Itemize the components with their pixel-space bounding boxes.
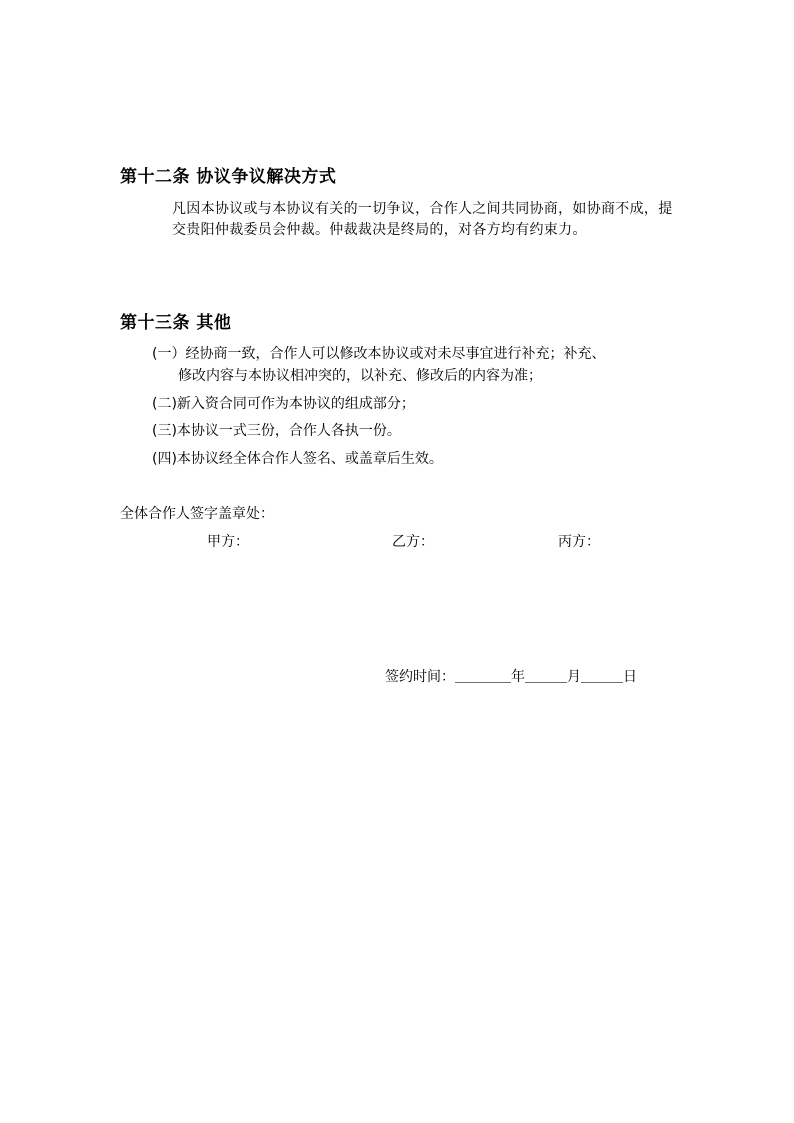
article-13-item-1-line-2: 修改内容与本协议相冲突的，以补充、修改后的内容为准；	[178, 366, 542, 387]
article-12-heading: 第十二条 协议争议解决方式	[120, 162, 336, 187]
signing-date-line: 签约时间：＿＿＿＿年＿＿＿月＿＿＿日	[385, 667, 637, 688]
article-13-heading: 第十三条 其他	[120, 308, 231, 333]
party-a-label: 甲方：	[207, 532, 249, 553]
article-12-paragraph: 凡因本协议或与本协议有关的一切争议，合作人之间共同协商，如协商不成，提交贵阳仲裁…	[172, 199, 677, 241]
article-13-item-1-line-1: (一）经协商一致，合作人可以修改本协议或对未尽事宜进行补充；补充、	[152, 344, 605, 365]
article-13-item-2: (二)新入资合同可作为本协议的组成部分；	[152, 394, 415, 415]
article-13-item-4: (四)本协议经全体合作人签名、或盖章后生效。	[152, 449, 443, 470]
party-c-label: 丙方：	[558, 532, 600, 553]
article-13-item-3: (三)本协议一式三份，合作人各执一份。	[152, 421, 401, 442]
party-b-label: 乙方：	[392, 532, 434, 553]
signature-title: 全体合作人签字盖章处：	[120, 504, 274, 525]
